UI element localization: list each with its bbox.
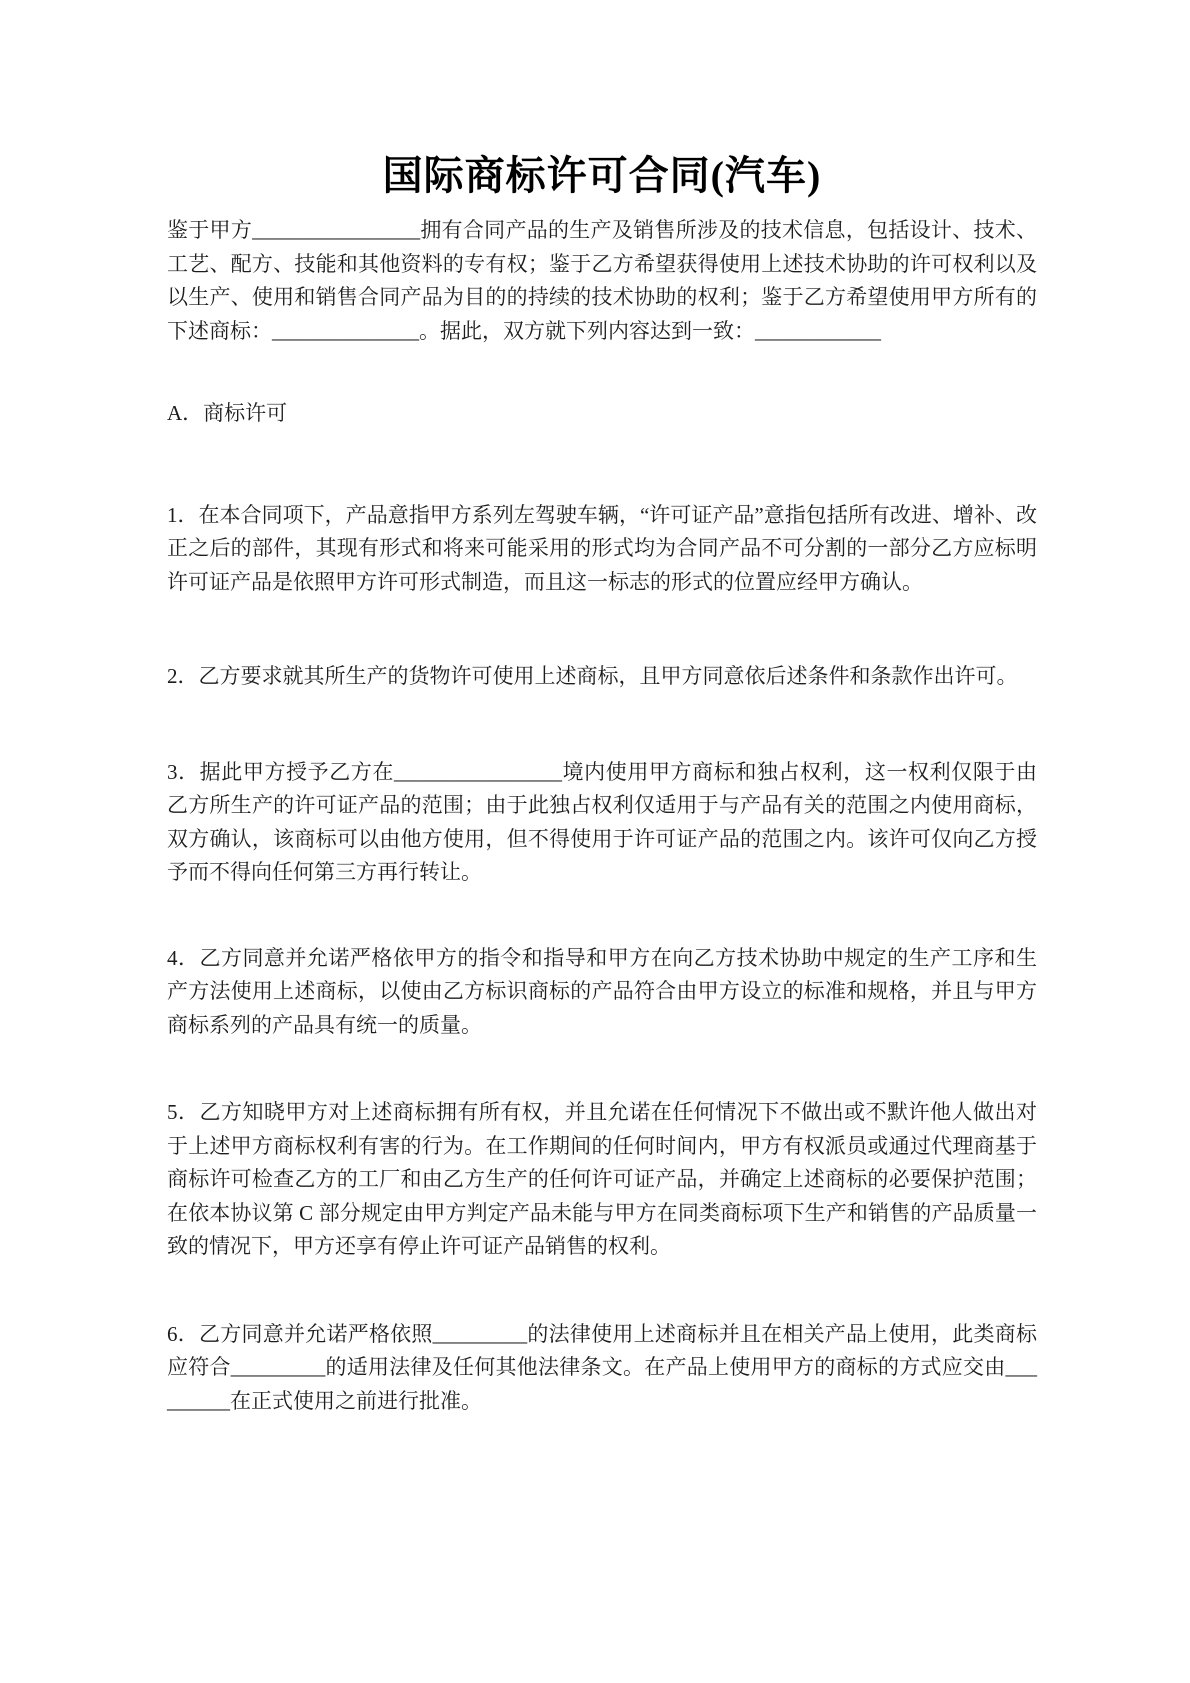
section-a-heading: A．商标许可 [167,397,1037,431]
clause-2: 2．乙方要求就其所生产的货物许可使用上述商标，且甲方同意依后述条件和条款作出许可… [167,660,1037,694]
intro-paragraph: 鉴于甲方________________拥有合同产品的生产及销售所涉及的技术信息… [167,214,1037,348]
document-content: 国际商标许可合同(汽车) 鉴于甲方________________拥有合同产品的… [0,0,1190,1418]
clause-1: 1．在本合同项下，产品意指甲方系列左驾驶车辆，“许可证产品”意指包括所有改进、增… [167,499,1037,600]
clause-5: 5．乙方知晓甲方对上述商标拥有所有权，并且允诺在任何情况下不做出或不默许他人做出… [167,1096,1037,1264]
document-title: 国际商标许可合同(汽车) [167,150,1037,202]
document-page: 国际商标许可合同(汽车) 鉴于甲方________________拥有合同产品的… [0,0,1190,1683]
clause-6: 6．乙方同意并允诺严格依照_________的法律使用上述商标并且在相关产品上使… [167,1318,1037,1419]
clause-4: 4．乙方同意并允诺严格依甲方的指令和指导和甲方在向乙方技术协助中规定的生产工序和… [167,942,1037,1043]
clause-3: 3．据此甲方授予乙方在________________境内使用甲方商标和独占权利… [167,756,1037,890]
